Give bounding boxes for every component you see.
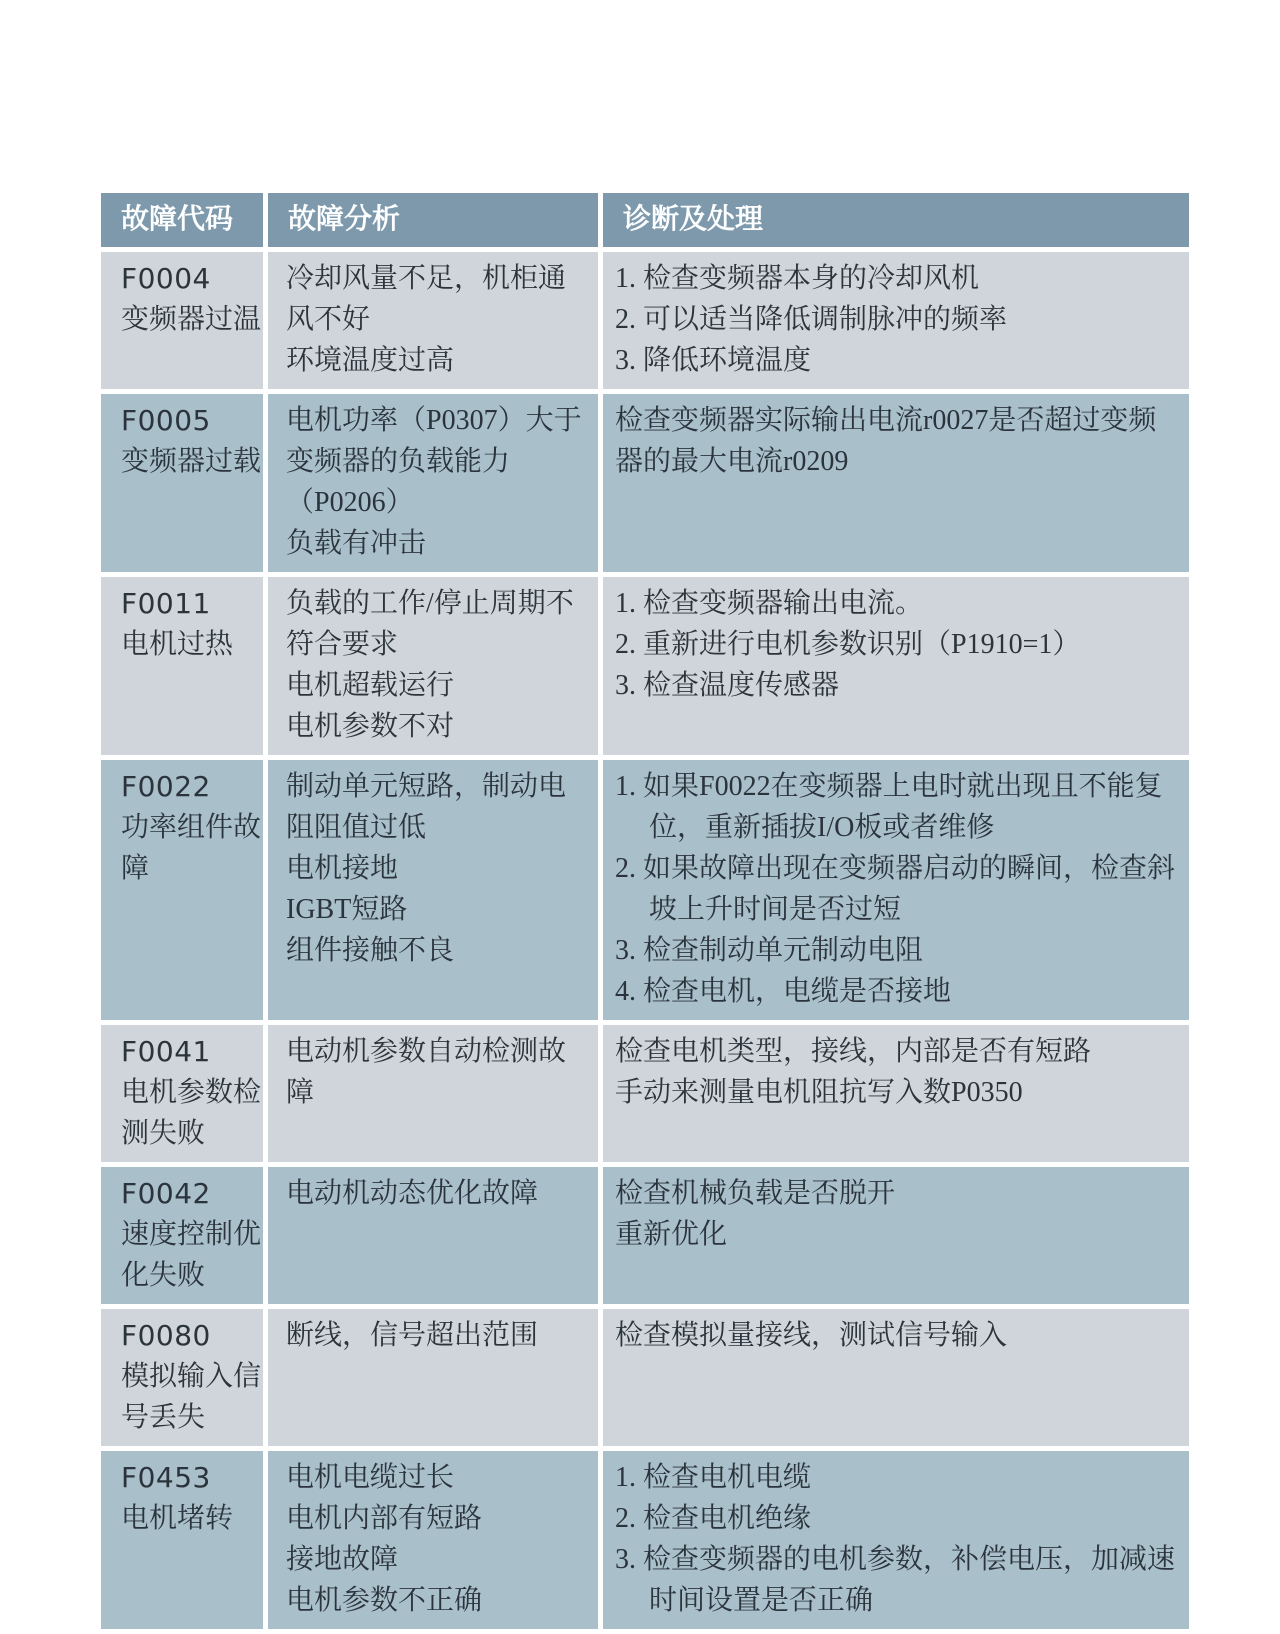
table-row-f0005: F0005 变频器过载 电机功率（P0307）大于变频器的负载能力（P0206）…: [101, 394, 1189, 572]
diagnosis-item: 检查电机类型，接线，内部是否有短路: [615, 1031, 1181, 1072]
fault-code: F0080: [121, 1315, 261, 1356]
diagnosis-item: 3. 检查温度传感器: [615, 665, 1181, 706]
fault-name: 电机堵转: [121, 1498, 261, 1539]
fault-name: 功率组件故障: [121, 807, 261, 889]
table-header-row: 故障代码 故障分析 诊断及处理: [101, 193, 1189, 247]
fault-code-cell: F0042 速度控制优化失败: [101, 1167, 263, 1304]
fault-analysis-cell: 制动单元短路，制动电阻阻值过低 电机接地 IGBT短路 组件接触不良: [268, 760, 598, 1020]
analysis-item: 接地故障: [286, 1539, 590, 1575]
fault-name: 变频器过温: [121, 299, 261, 340]
fault-analysis-cell: 冷却风量不足，机柜通风不好 环境温度过高: [268, 252, 598, 389]
fault-name: 速度控制优化失败: [121, 1214, 261, 1296]
fault-code: F0005: [121, 400, 261, 441]
diagnosis-cell: 1. 检查变频器输出电流。 2. 重新进行电机参数识别（P1910=1） 3. …: [603, 577, 1189, 755]
diagnosis-cell: 检查机械负载是否脱开 重新优化: [603, 1167, 1189, 1304]
diagnosis-item: 2. 检查电机绝缘: [615, 1498, 1181, 1539]
fault-analysis-cell: 电机功率（P0307）大于变频器的负载能力（P0206） 负载有冲击: [268, 394, 598, 572]
table-row-f0080: F0080 模拟输入信号丢失 断线，信号超出范围 检查模拟量接线，测试信号输入: [101, 1309, 1189, 1446]
diagnosis-item: 重新优化: [615, 1214, 1181, 1255]
diagnosis-item: 2. 如果故障出现在变频器启动的瞬间，检查斜坡上升时间是否过短: [615, 848, 1181, 930]
table-row-f0011: F0011 电机过热 负载的工作/停止周期不符合要求 电机超载运行 电机参数不对…: [101, 577, 1189, 755]
diagnosis-cell: 检查电机类型，接线，内部是否有短路 手动来测量电机阻抗写入数P0350: [603, 1025, 1189, 1162]
diagnosis-cell: 1. 如果F0022在变频器上电时就出现且不能复位，重新插拔I/O板或者维修 2…: [603, 760, 1189, 1020]
fault-code: F0022: [121, 766, 261, 807]
header-fault-analysis: 故障分析: [268, 193, 598, 247]
fault-code-cell: F0011 电机过热: [101, 577, 263, 755]
diagnosis-cell: 检查变频器实际输出电流r0027是否超过变频器的最大电流r0209: [603, 394, 1189, 572]
fault-name: 变频器过载: [121, 441, 261, 482]
fault-code: F0042: [121, 1173, 261, 1214]
fault-code-cell: F0022 功率组件故障: [101, 760, 263, 1020]
fault-analysis-cell: 断线，信号超出范围: [268, 1309, 598, 1446]
analysis-item: 断线，信号超出范围: [286, 1315, 590, 1356]
diagnosis-item: 1. 如果F0022在变频器上电时就出现且不能复位，重新插拔I/O板或者维修: [615, 766, 1181, 848]
fault-analysis-cell: 负载的工作/停止周期不符合要求 电机超载运行 电机参数不对: [268, 577, 598, 755]
header-fault-code: 故障代码: [101, 193, 263, 247]
diagnosis-cell: 1. 检查变频器本身的冷却风机 2. 可以适当降低调制脉冲的频率 3. 降低环境…: [603, 252, 1189, 389]
analysis-item: 电机接地: [286, 848, 590, 889]
diagnosis-item: 检查模拟量接线，测试信号输入: [615, 1315, 1181, 1356]
analysis-item: 电机超载运行: [286, 665, 590, 706]
fault-code: F0011: [121, 583, 261, 624]
analysis-item: 组件接触不良: [286, 930, 590, 971]
analysis-item: 电动机参数自动检测故障: [286, 1031, 590, 1113]
diagnosis-item: 检查机械负载是否脱开: [615, 1173, 1181, 1214]
fault-code-table: 故障代码 故障分析 诊断及处理 F0004 变频器过温 冷却风量不足，机柜通风不…: [96, 188, 1194, 1575]
analysis-item: 电动机动态优化故障: [286, 1173, 590, 1214]
fault-code: F0041: [121, 1031, 261, 1072]
analysis-item: 电机参数不对: [286, 706, 590, 747]
diagnosis-item: 3. 降低环境温度: [615, 340, 1181, 381]
table-row-f0022: F0022 功率组件故障 制动单元短路，制动电阻阻值过低 电机接地 IGBT短路…: [101, 760, 1189, 1020]
table-row-f0453: F0453 电机堵转 电机电缆过长 电机内部有短路 接地故障 电机参数不正确 1…: [101, 1451, 1189, 1575]
diagnosis-item: 手动来测量电机阻抗写入数P0350: [615, 1072, 1181, 1113]
diagnosis-item: 1. 检查电机电缆: [615, 1457, 1181, 1498]
diagnosis-item: 1. 检查变频器本身的冷却风机: [615, 258, 1181, 299]
analysis-item: 冷却风量不足，机柜通风不好: [286, 258, 590, 340]
fault-analysis-cell: 电动机动态优化故障: [268, 1167, 598, 1304]
analysis-item: 环境温度过高: [286, 340, 590, 381]
fault-code-cell: F0041 电机参数检测失败: [101, 1025, 263, 1162]
analysis-item: 负载的工作/停止周期不符合要求: [286, 583, 590, 665]
fault-name: 模拟输入信号丢失: [121, 1356, 261, 1438]
fault-analysis-cell: 电机电缆过长 电机内部有短路 接地故障 电机参数不正确: [268, 1451, 598, 1575]
table-row-f0041: F0041 电机参数检测失败 电动机参数自动检测故障 检查电机类型，接线，内部是…: [101, 1025, 1189, 1162]
header-diagnosis: 诊断及处理: [603, 193, 1189, 247]
fault-code: F0004: [121, 258, 261, 299]
diagnosis-item: 2. 可以适当降低调制脉冲的频率: [615, 299, 1181, 340]
fault-code-cell: F0004 变频器过温: [101, 252, 263, 389]
analysis-item: 电机电缆过长: [286, 1457, 590, 1498]
analysis-item: 电机功率（P0307）大于变频器的负载能力（P0206）: [286, 400, 590, 523]
analysis-item: 制动单元短路，制动电阻阻值过低: [286, 766, 590, 848]
diagnosis-item: 2. 重新进行电机参数识别（P1910=1）: [615, 624, 1181, 665]
diagnosis-cell: 检查模拟量接线，测试信号输入: [603, 1309, 1189, 1446]
fault-code-cell: F0080 模拟输入信号丢失: [101, 1309, 263, 1446]
fault-name: 电机过热: [121, 624, 261, 665]
diagnosis-item: 1. 检查变频器输出电流。: [615, 583, 1181, 624]
document-page: 故障代码 故障分析 诊断及处理 F0004 变频器过温 冷却风量不足，机柜通风不…: [96, 188, 1196, 1575]
fault-name: 电机参数检测失败: [121, 1072, 261, 1154]
diagnosis-item: 3. 检查变频器的电机参数，补偿电压，加减速时间设置是否正确: [615, 1539, 1181, 1575]
analysis-item: 电机内部有短路: [286, 1498, 590, 1539]
fault-code-cell: F0453 电机堵转: [101, 1451, 263, 1575]
table-row-f0004: F0004 变频器过温 冷却风量不足，机柜通风不好 环境温度过高 1. 检查变频…: [101, 252, 1189, 389]
diagnosis-item: 3. 检查制动单元制动电阻: [615, 930, 1181, 971]
analysis-item: IGBT短路: [286, 889, 590, 930]
table-row-f0042: F0042 速度控制优化失败 电动机动态优化故障 检查机械负载是否脱开 重新优化: [101, 1167, 1189, 1304]
diagnosis-item: 4. 检查电机，电缆是否接地: [615, 971, 1181, 1012]
fault-analysis-cell: 电动机参数自动检测故障: [268, 1025, 598, 1162]
diagnosis-cell: 1. 检查电机电缆 2. 检查电机绝缘 3. 检查变频器的电机参数，补偿电压，加…: [603, 1451, 1189, 1575]
analysis-item: 负载有冲击: [286, 523, 590, 564]
fault-code-cell: F0005 变频器过载: [101, 394, 263, 572]
fault-code: F0453: [121, 1457, 261, 1498]
diagnosis-item: 检查变频器实际输出电流r0027是否超过变频器的最大电流r0209: [615, 400, 1181, 482]
